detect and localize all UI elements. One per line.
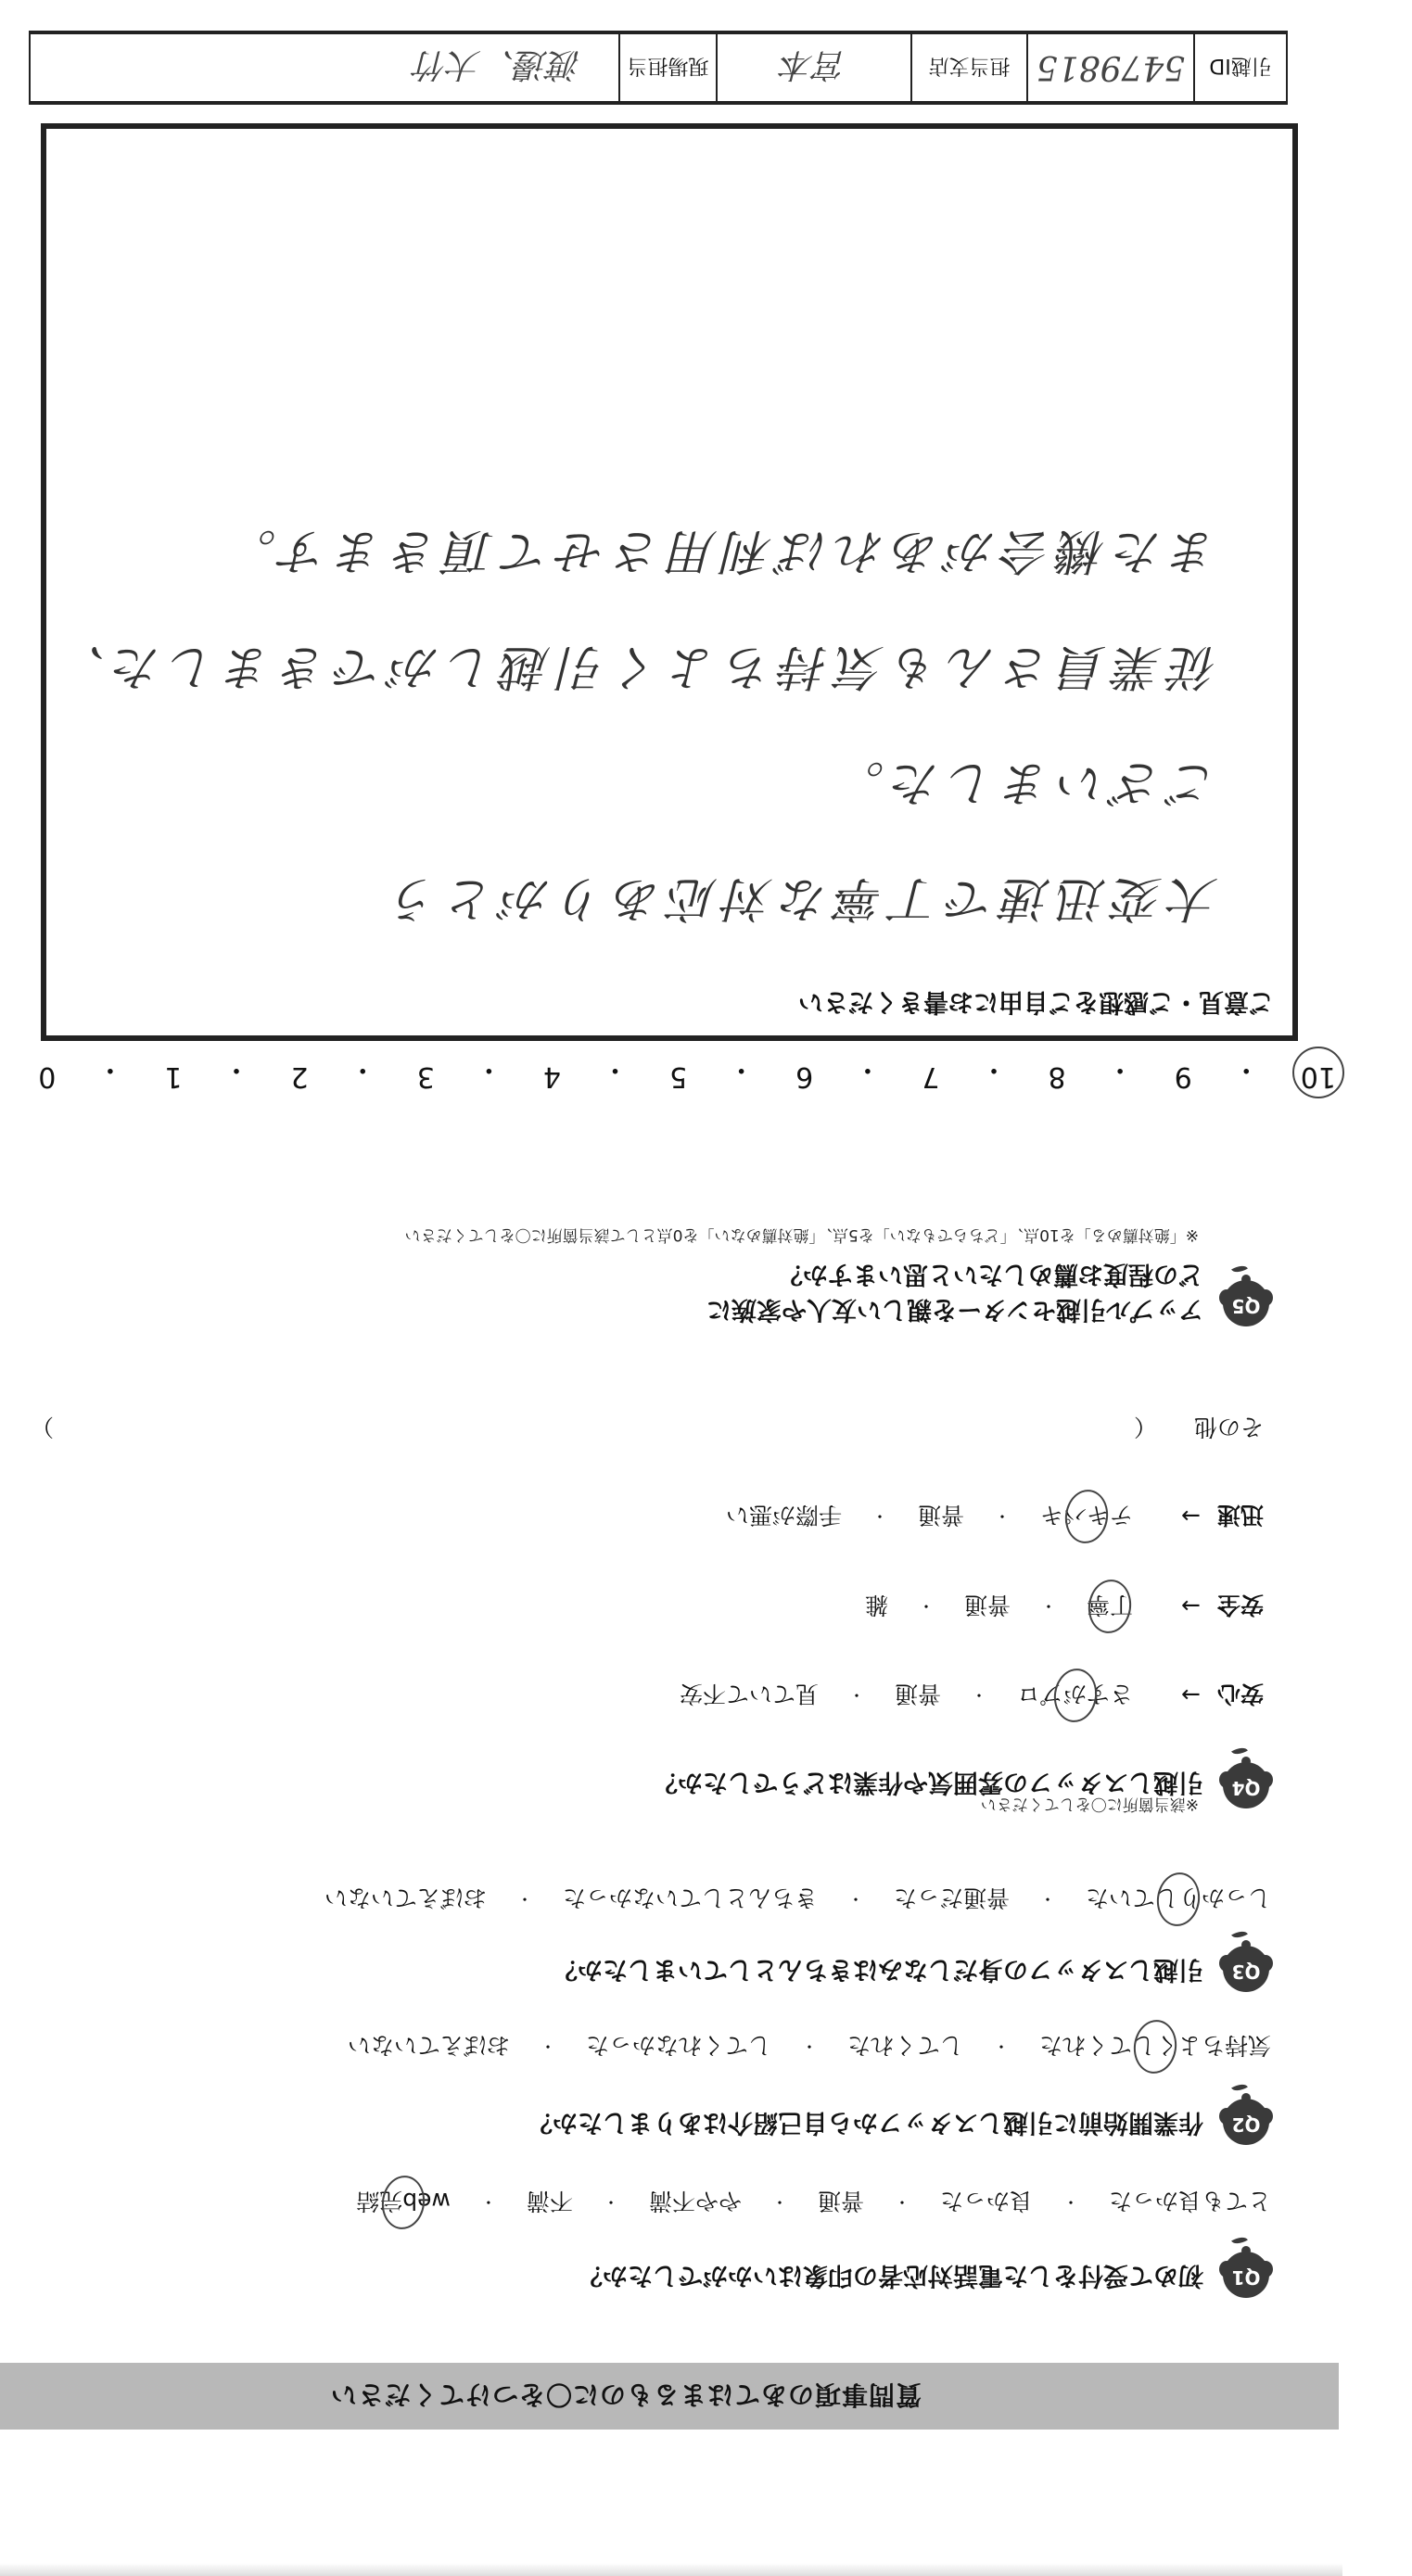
q5-note: ※「絶対薦める」を10点、「どちらでもない」を5点、「絶対薦めない」を0点として…: [405, 1225, 1199, 1249]
score-7[interactable]: 7: [922, 1052, 939, 1093]
q3-option-3[interactable]: きちんとしていなかった: [561, 1883, 820, 1916]
comment-line-2: ございました。: [829, 753, 1218, 822]
q3-option-1-selected[interactable]: しっかりしていた: [1084, 1883, 1273, 1916]
paper-edge: [0, 2563, 1342, 2576]
q4-row3-option-1-selected[interactable]: テキパキ: [1038, 1500, 1135, 1533]
q2-option-3[interactable]: してくれなかった: [584, 2030, 773, 2063]
arrow-right-icon: →: [1181, 1504, 1201, 1530]
q4-row2-option-1-selected[interactable]: 丁寧: [1085, 1590, 1135, 1623]
branch-value[interactable]: 宮本: [716, 34, 910, 101]
q2-question: 作業開始前に引越しスタッフから自己紹介はありましたか？: [528, 2106, 1203, 2138]
arrow-right-icon: →: [1181, 1682, 1201, 1709]
score-1[interactable]: 1: [164, 1052, 182, 1093]
q4-row3-option-3[interactable]: 手際が悪い: [724, 1500, 844, 1533]
q4-badge-apple-icon: Q4: [1219, 1744, 1273, 1808]
comment-line-1: 大変迅速で丁寧な対応ありがとう: [384, 869, 1218, 938]
q1-option-2[interactable]: 良かった: [938, 2186, 1035, 2219]
q1-question: 初めて受付をした電話対応者の印象はいかがでしたか？: [578, 2259, 1203, 2290]
q1-badge-label: Q1: [1223, 2266, 1269, 2289]
score-8[interactable]: 8: [1049, 1052, 1066, 1093]
q1-option-6-selected[interactable]: web完結: [354, 2186, 452, 2219]
q3-badge-apple-icon: Q3: [1219, 1927, 1273, 1992]
arrow-right-icon: →: [1181, 1593, 1201, 1620]
q5-badge-label: Q5: [1223, 1295, 1269, 1317]
q3-option-4[interactable]: おぼえていない: [323, 1883, 489, 1916]
q4-other-label: その他: [1194, 1412, 1264, 1445]
score-4[interactable]: 4: [543, 1052, 561, 1093]
q4-row1-label: 安心: [1217, 1679, 1264, 1712]
q2-badge-label: Q2: [1223, 2113, 1269, 2136]
q4-row2-label: 安全: [1217, 1590, 1264, 1623]
comment-line-4: また機会があれば利用させて頂きます。: [221, 521, 1218, 590]
q2-option-2[interactable]: してくれた: [846, 2030, 965, 2063]
q4-row1-option-1-selected[interactable]: さすがプロ: [1015, 1679, 1135, 1712]
q3-badge-label: Q3: [1223, 1961, 1269, 1983]
q3-options: しっかりしていた・ 普通だった・ きちんとしていなかった・ おぼえていない: [323, 1883, 1273, 1916]
q4-note: ※該当箇所に〇をしてください: [981, 1795, 1199, 1818]
q1-badge-apple-icon: Q1: [1219, 2233, 1273, 2298]
q2-options: 気持ちよくしてくれた・ してくれた・ してくれなかった・ おぼえていない: [346, 2030, 1273, 2063]
q4-badge-label: Q4: [1223, 1777, 1269, 1799]
q4-row2-option-3[interactable]: 雑: [863, 1590, 890, 1623]
q2-badge-apple-icon: Q2: [1219, 2080, 1273, 2145]
score-5[interactable]: 5: [669, 1052, 687, 1093]
banner-text: 質問事項のあてはまるものに〇をつけてください: [330, 2378, 922, 2415]
score-10-selected[interactable]: 10: [1301, 1052, 1336, 1093]
q4-row3-label: 迅速: [1217, 1500, 1264, 1533]
q3-question: 引越しスタッフの身だしなみはきちんとしていましたか？: [553, 1953, 1203, 1985]
score-2[interactable]: 2: [291, 1052, 309, 1093]
branch-label: 担当支店: [910, 34, 1026, 101]
q3-option-2[interactable]: 普通だった: [892, 1883, 1011, 1916]
q4-row1-option-3[interactable]: 見ていて不安: [678, 1679, 820, 1712]
q5-question-line1: アップル引越センターを親しい友人や家族に: [706, 1293, 1203, 1325]
score-3[interactable]: 3: [417, 1052, 435, 1093]
q4-row3-option-2[interactable]: 普通: [916, 1500, 966, 1533]
q1-option-3[interactable]: 普通: [816, 2186, 866, 2219]
staff-label: 現場担当: [618, 34, 716, 101]
move-id-value[interactable]: 5479815: [1026, 34, 1193, 101]
move-id-label: 引越ID: [1193, 34, 1286, 101]
q4-other: その他 （ ）: [31, 1412, 1264, 1445]
q2-option-1-selected[interactable]: 気持ちよくしてくれた: [1037, 2030, 1273, 2063]
q1-option-5[interactable]: 不満: [525, 2186, 575, 2219]
comment-title: ご意見・ご感想をご自由にお書きください: [798, 986, 1274, 1022]
q1-option-1[interactable]: とても良かった: [1107, 2186, 1273, 2219]
q1-option-4[interactable]: やや不満: [647, 2186, 744, 2219]
q4-row-anzen: 安全 → 丁寧・ 普通・ 雑: [863, 1590, 1264, 1623]
q4-row1-option-2[interactable]: 普通: [893, 1679, 943, 1712]
q2-option-4[interactable]: おぼえていない: [346, 2030, 512, 2063]
score-0[interactable]: 0: [38, 1052, 56, 1093]
staff-value[interactable]: 渡邊、大竹: [31, 34, 618, 101]
q5-question-line2: どの程度お薦めしたいと思いますか？: [778, 1258, 1203, 1289]
q5-score-scale: 10・ 9・ 8・ 7・ 6・ 5・ 4・ 3・ 2・ 1・ 0: [38, 1052, 1336, 1093]
score-9[interactable]: 9: [1175, 1052, 1192, 1093]
q4-question: 引越しスタッフの雰囲気や作業はどうでしたか？: [653, 1766, 1203, 1797]
q4-row-anshin: 安心 → さすがプロ・ 普通・ 見ていて不安: [678, 1679, 1264, 1712]
comment-line-3: 従業員さんも気持ちよく引越しができました、: [50, 637, 1218, 706]
comment-box[interactable]: ご意見・ご感想をご自由にお書きください 大変迅速で丁寧な対応ありがとう ございま…: [41, 123, 1298, 1041]
score-6[interactable]: 6: [795, 1052, 813, 1093]
q4-row-jinsoku: 迅速 → テキパキ・ 普通・ 手際が悪い: [724, 1500, 1264, 1533]
instruction-banner: 質問事項のあてはまるものに〇をつけてください: [0, 2363, 1339, 2430]
q5-badge-apple-icon: Q5: [1219, 1262, 1273, 1326]
q1-options: とても良かった・ 良かった・ 普通・ やや不満・ 不満・ web完結: [354, 2186, 1273, 2219]
q4-row2-option-2[interactable]: 普通: [962, 1590, 1012, 1623]
survey-sheet: 質問事項のあてはまるものに〇をつけてください Q1 初めて受付をした電話対応者の…: [0, 0, 1412, 2576]
header-info-table: 引越ID 5479815 担当支店 宮本 現場担当 渡邊、大竹: [29, 31, 1288, 105]
